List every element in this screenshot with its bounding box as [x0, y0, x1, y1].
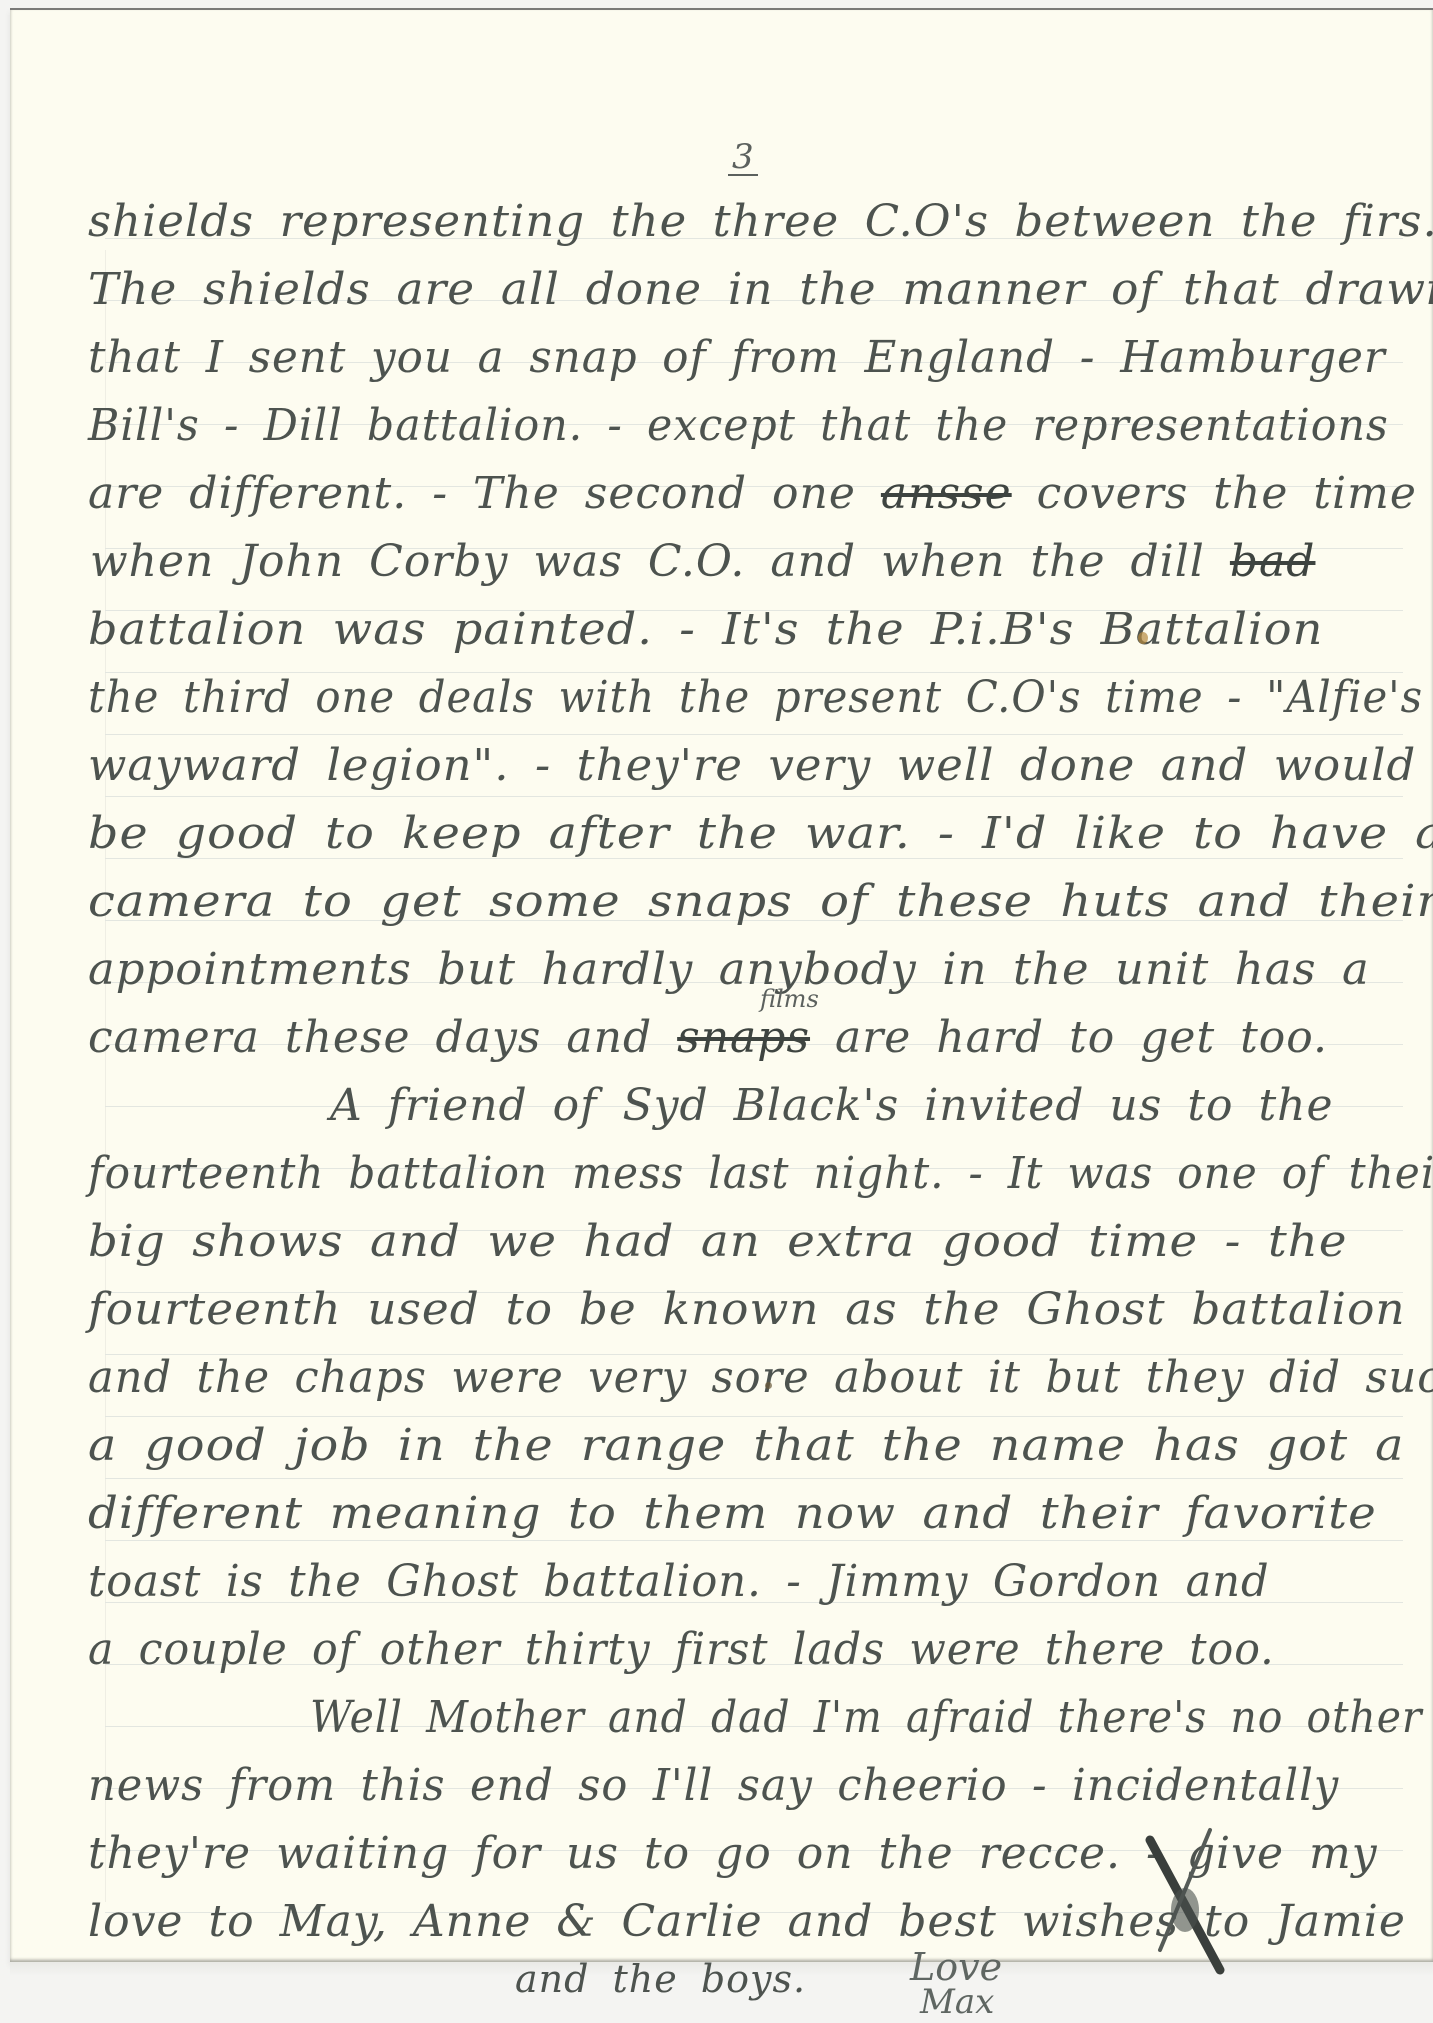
- inserted-word: films: [760, 985, 819, 1013]
- letter-line-21: toast is the Ghost battalion. - Jimmy Go…: [88, 1560, 1270, 1604]
- letter-line-13-tail: are hard to get too.: [835, 1012, 1328, 1063]
- letter-line-13: camera these days and snaps are hard to …: [88, 1016, 1328, 1060]
- letter-line-9: wayward legion". - they're very well don…: [88, 744, 1416, 788]
- letter-line-1: shields representing the three C.O's bet…: [88, 200, 1433, 244]
- letter-line-23: Well Mother and dad I'm afraid there's n…: [310, 1696, 1422, 1740]
- letter-line-15: fourteenth battalion mess last night. - …: [88, 1152, 1433, 1196]
- struck-word: ansse: [881, 468, 1012, 519]
- letter-line-5-tail: covers the time: [1037, 468, 1417, 519]
- letter-line-20: different meaning to them now and their …: [88, 1492, 1377, 1536]
- ruled-line: [105, 734, 1403, 735]
- letter-line-24: news from this end so I'll say cheerio -…: [88, 1764, 1339, 1808]
- paper-stain: [1138, 632, 1148, 644]
- letter-line-14: A friend of Syd Black's invited us to th…: [330, 1084, 1334, 1128]
- letter-line-3: that I sent you a snap of from England -…: [88, 336, 1386, 380]
- ruled-line: [105, 796, 1403, 797]
- letter-line-6-text: when John Corby was C.O. and when the di…: [90, 536, 1205, 587]
- letter-line-19: a good job in the range that the name ha…: [88, 1424, 1405, 1468]
- letter-line-5-text: are different. - The second one: [88, 468, 856, 519]
- letter-line-7: battalion was painted. - It's the P.i.B'…: [88, 608, 1323, 652]
- closing-salutation: Love: [910, 1948, 1002, 1986]
- ruled-line: [105, 1478, 1403, 1479]
- page-number: 3: [728, 140, 758, 176]
- paper-stain: [765, 1382, 772, 1389]
- letter-line-18: and the chaps were very sore about it bu…: [88, 1356, 1433, 1400]
- ruled-line: [105, 1416, 1403, 1417]
- letter-line-5: are different. - The second one ansse co…: [88, 472, 1417, 516]
- letter-line-2: The shields are all done in the manner o…: [88, 268, 1433, 312]
- letter-line-4: Bill's - Dill battalion. - except that t…: [88, 404, 1389, 448]
- letter-line-27: and the boys.: [515, 1960, 806, 1998]
- ink-blot-mark: [1140, 1820, 1230, 1980]
- letter-line-8: the third one deals with the present C.O…: [88, 676, 1423, 720]
- letter-line-11: camera to get some snaps of these huts a…: [88, 880, 1433, 924]
- ruled-line: [105, 1540, 1403, 1541]
- letter-line-13-text: camera these days and: [88, 1012, 652, 1063]
- letter-line-22: a couple of other thirty first lads were…: [88, 1628, 1275, 1672]
- letter-line-6: when John Corby was C.O. and when the di…: [90, 540, 1315, 584]
- letter-line-17: fourteenth used to be known as the Ghost…: [88, 1288, 1406, 1332]
- struck-word: snaps: [677, 1012, 810, 1063]
- signature: Max: [920, 1985, 994, 2019]
- letter-line-10: be good to keep after the war. - I'd lik…: [88, 812, 1433, 856]
- letter-line-12: appointments but hardly anybody in the u…: [88, 948, 1370, 992]
- struck-word: bad: [1230, 536, 1316, 587]
- letter-line-16: big shows and we had an extra good time …: [88, 1220, 1348, 1264]
